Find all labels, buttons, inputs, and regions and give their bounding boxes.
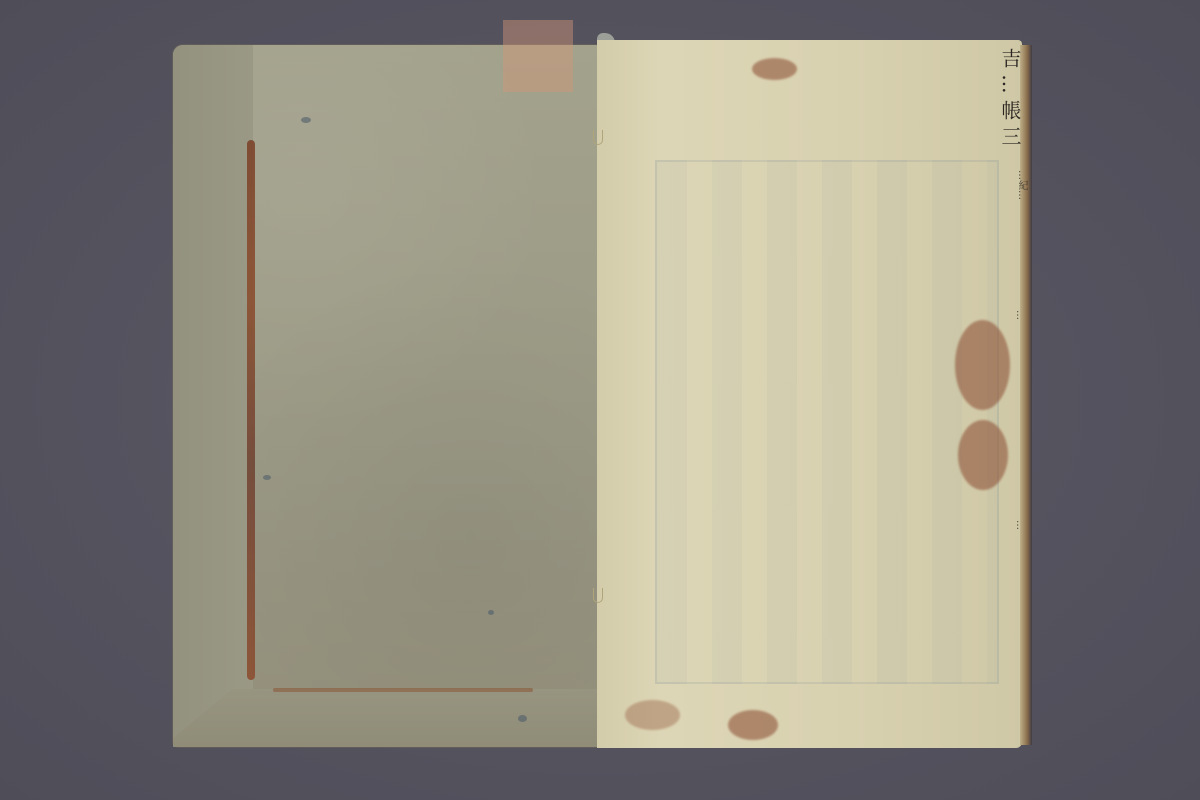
foxing-stain [958,420,1008,490]
rust-stain-horizontal [273,688,533,692]
stitch-hole [593,588,603,603]
foxing-stain [625,700,680,730]
foxing-stain [728,710,778,740]
paper-fiber [263,475,271,480]
book-cover-left-page [173,45,598,747]
paper-fiber [301,117,311,123]
edge-label: … [1014,310,1025,320]
cover-bottom-fold [173,689,598,747]
bleed-through-frame [655,160,999,684]
edge-label: …紀… [1014,170,1029,200]
edge-label: … [1014,520,1025,530]
rust-stain-vertical [247,140,255,680]
title-label-slip [503,20,573,92]
page-fore-edge [1020,45,1032,745]
handwritten-margin-note: 吉 ... 帳 三 [900,48,1020,146]
paper-fiber [518,715,527,722]
stitch-hole [593,130,603,145]
cover-left-fold [173,45,253,747]
paper-fiber [488,610,494,615]
foxing-stain [955,320,1010,410]
foxing-stain [752,58,797,80]
